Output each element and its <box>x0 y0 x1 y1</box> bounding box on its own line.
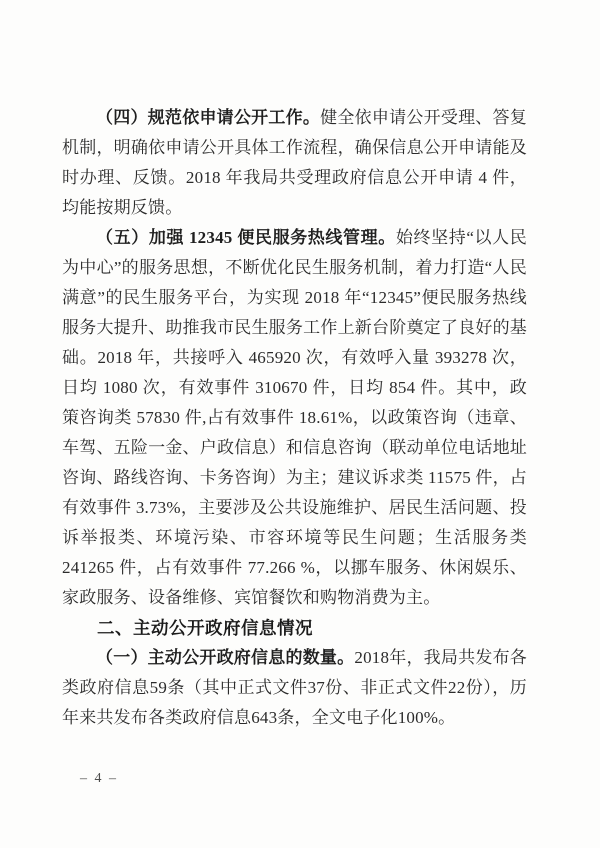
paragraph-section-1: （一）主动公开政府信息的数量。2018年，我局共发布各类政府信息59条（其中正式… <box>62 643 527 733</box>
page-number: – 4 – <box>80 769 118 789</box>
paragraph-section-5-lead: （五）加强 12345 便民服务热线管理。 <box>96 228 396 247</box>
paragraph-section-5-text: 始终坚持“以人民为中心”的服务思想，不断优化民生服务机制，着力打造“人民满意”的… <box>62 228 527 607</box>
document-body: （四）规范依申请公开工作。健全依申请公开受理、答复机制，明确依申请公开具体工作流… <box>62 103 527 733</box>
paragraph-section-1-lead: （一）主动公开政府信息的数量。 <box>96 648 354 667</box>
paragraph-section-5: （五）加强 12345 便民服务热线管理。始终坚持“以人民为中心”的服务思想，不… <box>62 223 527 613</box>
section-heading-2: 二、主动公开政府信息情况 <box>62 613 527 643</box>
paragraph-section-4: （四）规范依申请公开工作。健全依申请公开受理、答复机制，明确依申请公开具体工作流… <box>62 103 527 223</box>
paragraph-section-4-lead: （四）规范依申请公开工作。 <box>96 108 320 127</box>
scanned-document-page: （四）规范依申请公开工作。健全依申请公开受理、答复机制，明确依申请公开具体工作流… <box>0 0 600 848</box>
